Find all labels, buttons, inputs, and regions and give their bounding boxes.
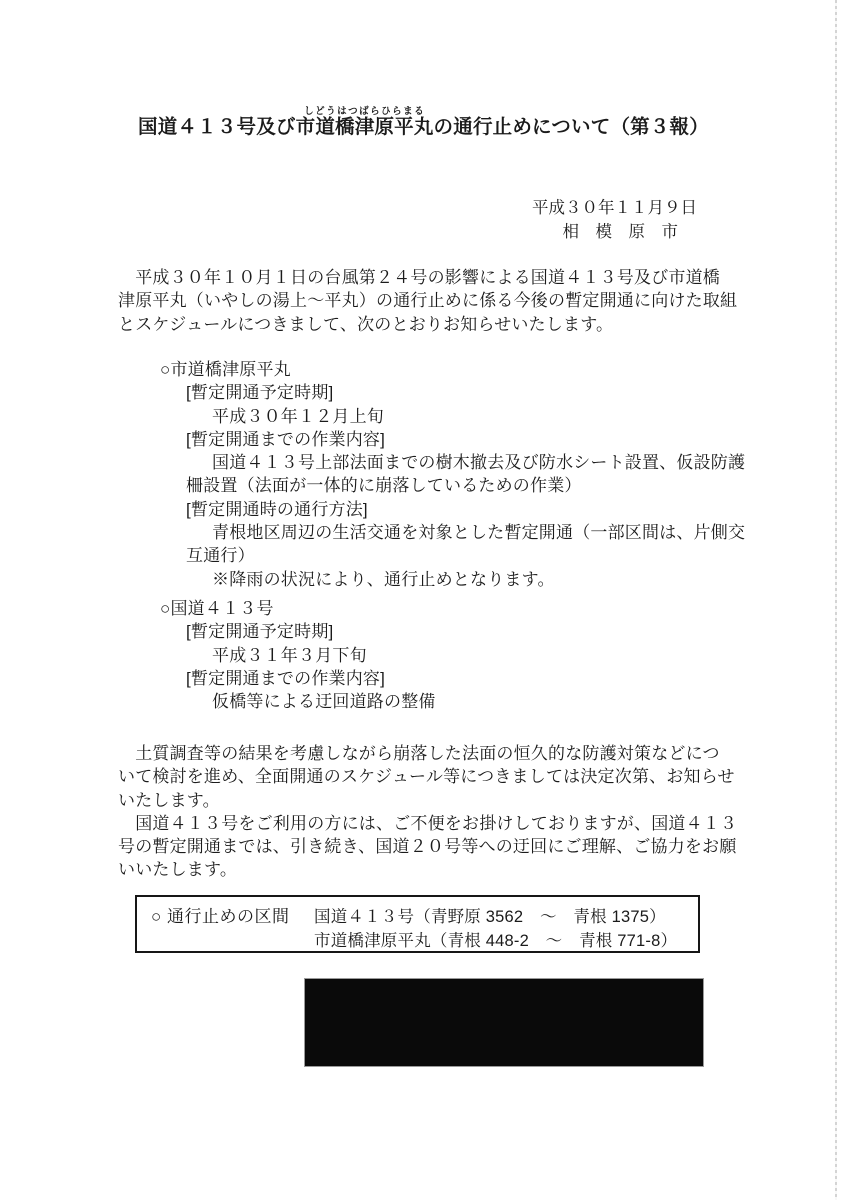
intro-line: とスケジュールにつきまして、次のとおりお知らせいたします。 (118, 313, 737, 336)
title-ruby-base: 市道橋津原平丸 (296, 116, 434, 138)
intro-paragraph: 平成３０年１０月１日の台風第２４号の影響による国道４１３号及び市道橋 津原平丸（… (118, 266, 737, 336)
scanned-document-page: 国道４１３号及び市道橋津原平丸しどうはつばらひらまるの通行止めについて（第３報）… (0, 0, 847, 1200)
section-shido-hashitsubara-hiramaru: ○市道橋津原平丸 [暫定開通予定時期] 平成３０年１２月上旬 [暫定開通までの作… (160, 358, 745, 591)
intro-line: 津原平丸（いやしの湯上～平丸）の通行止めに係る今後の暫定開通に向けた取組 (118, 289, 737, 312)
section-line: [暫定開通までの作業内容] (186, 428, 745, 451)
section-line: 柵設置（法面が一体的に崩落しているための作業） (186, 474, 745, 497)
closure-box-label: ○ 通行止めの区間 (151, 905, 314, 929)
closing-line: 国道４１３号をご利用の方には、ご不便をお掛けしておりますが、国道４１３ (118, 812, 737, 835)
title-ruby: 市道橋津原平丸しどうはつばらひらまる (296, 106, 434, 139)
section-line: 国道４１３号上部法面までの樹木撤去及び防水シート設置、仮設防護 (212, 451, 745, 474)
section-line: [暫定開通までの作業内容] (186, 667, 436, 690)
section-line: [暫定開通予定時期] (186, 620, 436, 643)
section-line: 平成３０年１２月上旬 (212, 405, 745, 428)
section-line: 互通行） (186, 544, 745, 567)
title-prefix: 国道４１３号及び (138, 111, 296, 139)
section-route-413: ○国道４１３号 [暫定開通予定時期] 平成３１年３月下旬 [暫定開通までの作業内… (160, 597, 436, 713)
date-block: 平成３０年１１月９日 相 模 原 市 (532, 197, 697, 244)
document-date: 平成３０年１１月９日 (532, 197, 697, 221)
section-line: [暫定開通時の通行方法] (186, 498, 745, 521)
section-line: 平成３１年３月下旬 (212, 644, 436, 667)
section-line: [暫定開通予定時期] (186, 381, 745, 404)
closure-box-values: 国道４１３号（青野原 3562 ～ 青根 1375） 市道橋津原平丸（青根 44… (314, 905, 677, 953)
closing-line: いたします。 (118, 789, 737, 812)
title-suffix: の通行止めについて（第３報） (434, 111, 709, 139)
section-line: ※降雨の状況により、通行止めとなります。 (212, 568, 745, 591)
section-line: 仮橋等による迂回道路の整備 (212, 690, 436, 713)
section-heading: ○市道橋津原平丸 (160, 358, 745, 381)
closing-line: いいたします。 (118, 858, 737, 881)
intro-line: 平成３０年１０月１日の台風第２４号の影響による国道４１３号及び市道橋 (118, 266, 737, 289)
closure-route-413-range: 国道４１３号（青野原 3562 ～ 青根 1375） (314, 905, 677, 929)
closure-city-road-range: 市道橋津原平丸（青根 448-2 ～ 青根 771-8） (314, 929, 677, 953)
closure-section-box: ○ 通行止めの区間 国道４１３号（青野原 3562 ～ 青根 1375） 市道橋… (135, 895, 700, 953)
scan-artifact-line (835, 0, 837, 1200)
page-title: 国道４１３号及び市道橋津原平丸しどうはつばらひらまるの通行止めについて（第３報） (0, 106, 847, 139)
title-furigana: しどうはつばらひらまる (296, 106, 434, 117)
closing-line: いて検討を進め、全面開通のスケジュール等につきましては決定次第、お知らせ (118, 765, 737, 788)
closing-line: 土質調査等の結果を考慮しながら崩落した法面の恒久的な防護対策などにつ (118, 742, 737, 765)
closing-line: 号の暫定開通までは、引き続き、国道２０号等への迂回にご理解、ご協力をお願 (118, 835, 737, 858)
section-line: 青根地区周辺の生活交通を対象とした暫定開通（一部区間は、片側交 (212, 521, 745, 544)
redacted-image (305, 979, 703, 1066)
section-heading: ○国道４１３号 (160, 597, 436, 620)
issuer-name: 相 模 原 市 (532, 221, 678, 245)
closing-paragraphs: 土質調査等の結果を考慮しながら崩落した法面の恒久的な防護対策などにつ いて検討を… (118, 742, 737, 882)
